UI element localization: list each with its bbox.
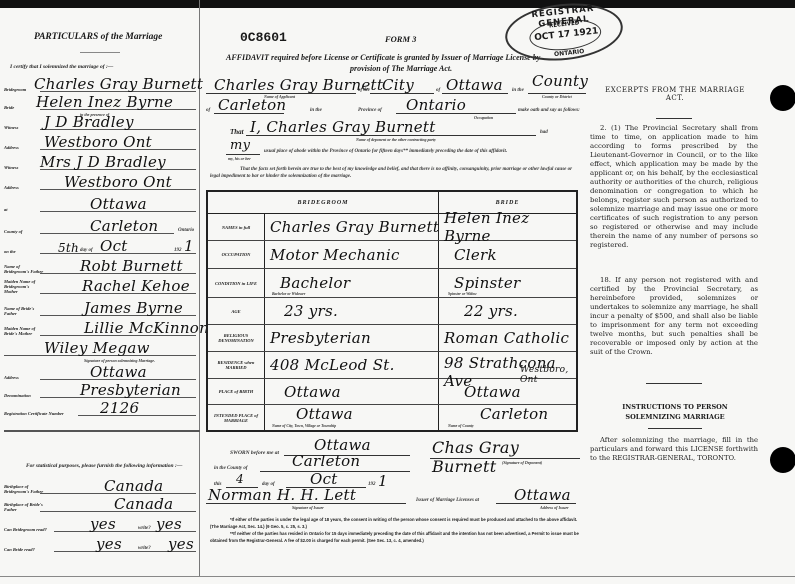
field-address-1: Address Westboro Ont — [4, 132, 196, 152]
field-denomination: Denomination Presbyterian — [4, 380, 196, 400]
issuer-signature: Norman H. H. Lett — [208, 486, 356, 504]
table-row-religion: RELIGIOUS DENOMINATION Presbyterian Roma… — [208, 325, 576, 352]
field-bride-mother: Maiden Name of Bride's Mother Lillie McK… — [4, 318, 196, 338]
table-row-occupation: OCCUPATION Motor Mechanic Clerk — [208, 241, 576, 269]
instructions-text: After solemnizing the marriage, fill in … — [590, 436, 758, 463]
table-row-age: AGE 23 yrs. 22 yrs. — [208, 298, 576, 325]
scan-bottom-border — [0, 576, 795, 584]
field-bridegroom: Bridegroom Charles Gray Burnett — [4, 74, 196, 94]
table-row-residence: RESIDENCE when MARRIED 408 McLeod St. 98… — [208, 352, 576, 379]
field-address-2: Address Westboro Ont — [4, 172, 196, 192]
affidavit-heading: AFFIDAVIT required before License or Cer… — [226, 53, 540, 62]
affidavit-deponent-line: That I, Charles Gray Burnett Name of dep… — [206, 118, 586, 142]
field-witness-2: Witness Mrs J D Bradley — [4, 152, 196, 172]
divider — [656, 118, 692, 119]
sworn-section: SWORN before me at Ottawa in the County … — [206, 440, 586, 510]
divider — [4, 430, 200, 432]
divider — [648, 428, 702, 429]
column-header-bridegroom: BRIDEGROOM — [208, 192, 438, 214]
field-bride-literacy: Can Bride read? yes write? yes — [4, 534, 196, 554]
particulars-section: PARTICULARS of the Marriage I certify th… — [0, 0, 200, 584]
affidavit-county-line: of Carleton in the Province of Ontario O… — [206, 98, 586, 120]
table-row-birthplace: PLACE of BIRTH Ottawa Ottawa — [208, 379, 576, 405]
field-registration-number: Registration Certificate Number 2126 — [4, 398, 196, 418]
form-label: FORM 3 — [385, 34, 416, 44]
particulars-title: PARTICULARS of the Marriage — [34, 32, 162, 42]
table-row-names: NAMES in full Charles Gray Burnett Helen… — [208, 214, 576, 241]
field-groom-mother: Maiden Name of Bridegroom's Mother Rache… — [4, 276, 196, 296]
field-bride-father: Name of Bride's Father James Byrne — [4, 298, 196, 318]
field-groom-father: Name of Bridegroom's Father Robt Burnett — [4, 256, 196, 276]
field-bride-father-birthplace: Birthplace of Bride's Father Canada — [4, 494, 196, 514]
binder-hole — [770, 447, 795, 473]
divider — [80, 52, 120, 53]
field-groom-father-birthplace: Birthplace of Bridegroom's Father Canada — [4, 476, 196, 496]
field-officiant-signature: Wiley Megaw — [4, 338, 196, 358]
footnotes: *If either of the parties is under the l… — [210, 516, 582, 544]
particulars-table: BRIDEGROOM BRIDE NAMES in full Charles G… — [206, 190, 578, 432]
field-witness-1: Witness J D Bradley — [4, 112, 196, 132]
certify-text: I certify that I solemnized the marriage… — [10, 64, 113, 70]
excerpts-title: EXCERPTS FROM THE MARRIAGE ACT. — [590, 86, 760, 102]
instructions-title: INSTRUCTIONS TO PERSON SOLEMNIZING MARRI… — [590, 402, 760, 422]
field-officiant-address: Address Ottawa — [4, 362, 196, 382]
affidavit-facts-text: That the facts set forth herein are true… — [210, 166, 582, 180]
field-groom-literacy: Can Bridegroom read? yes write? yes — [4, 514, 196, 534]
deponent-signature: Chas Gray Burnett — [432, 438, 586, 476]
footnote-1: *If either of the parties is under the l… — [210, 516, 582, 530]
divider — [646, 383, 702, 384]
field-date: on the 5th day of Oct 192 1 — [4, 236, 196, 256]
serial-number: 0C8601 — [240, 30, 287, 45]
field-bride: Bride Helen Inez Byrne — [4, 92, 196, 112]
table-row-intended-place: INTENDED PLACE of MARRIAGE Ottawa Name o… — [208, 405, 576, 430]
footnote-2: **If neither of the parties has resided … — [210, 530, 582, 544]
field-at: at Ottawa — [4, 194, 196, 214]
excerpt-section-18: 18. If any person not registered with an… — [590, 276, 758, 357]
statistical-text: For statistical purposes, please furnish… — [6, 462, 196, 471]
field-county: County of Carleton Ontario — [4, 216, 196, 236]
affidavit-abode-line: my my, his or her usual place of abode w… — [206, 142, 586, 164]
affidavit-subheading: provision of The Marriage Act. — [350, 64, 452, 73]
binder-hole — [770, 85, 795, 111]
table-row-condition: CONDITION in LIFE Bachelor Bachelor or W… — [208, 269, 576, 298]
excerpt-section-2: 2. (1) The Provincial Secretary shall fr… — [590, 124, 758, 250]
